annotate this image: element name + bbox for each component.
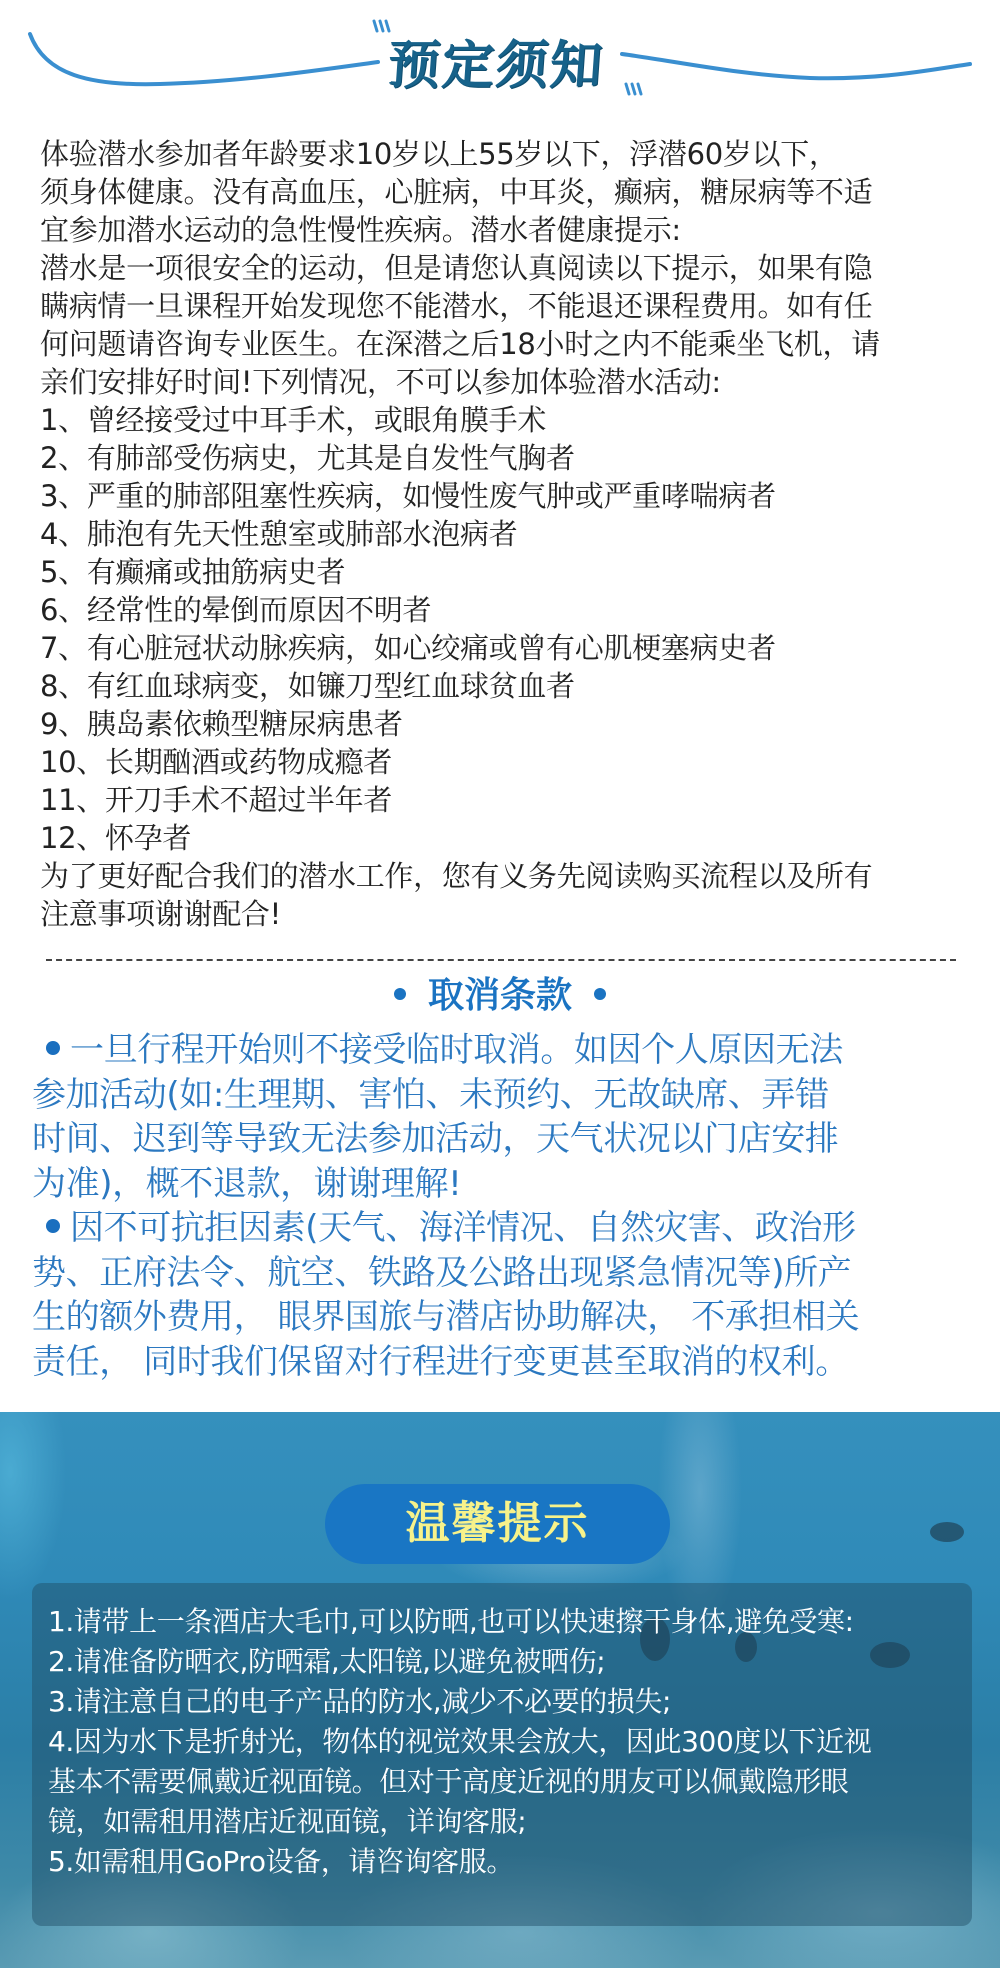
tips-title: 温馨提示 <box>406 1498 590 1549</box>
tip-line: 镜，如需租用潜店近视面镜，详询客服; <box>48 1802 978 1842</box>
bullet-dot-icon <box>394 988 406 1000</box>
cancellation-policy: 一旦行程开始则不接受临时取消。如因个人原因无法 参加活动(如:生理期、害怕、未预… <box>32 1028 982 1384</box>
dashed-divider <box>46 959 956 961</box>
tip-line: 2.请准备防晒衣,防晒霜,太阳镜,以避免被晒伤; <box>48 1642 978 1682</box>
cancellation-heading: 取消条款 <box>0 968 1000 1024</box>
section-header: 预定须知 <box>0 0 1000 110</box>
policy-line: 责任， 同时我们保留对行程进行变更甚至取消的权利。 <box>32 1340 982 1385</box>
condition-item: 4、肺泡有先天性憩室或肺部水泡病者 <box>40 515 970 553</box>
condition-item: 9、胰岛素依赖型糖尿病患者 <box>40 705 970 743</box>
condition-item: 10、长期酗酒或药物成瘾者 <box>40 743 970 781</box>
condition-item: 5、有癫痛或抽筋病史者 <box>40 553 970 591</box>
condition-item: 3、严重的肺部阻塞性疾病，如慢性废气肿或严重哮喘病者 <box>40 477 970 515</box>
policy-line: 一旦行程开始则不接受临时取消。如因个人原因无法 <box>32 1028 982 1073</box>
bullet-dot-icon <box>594 988 606 1000</box>
intro-line: 须身体健康。没有高血压，心脏病，中耳炎，癫病，糖尿病等不适 <box>40 173 970 211</box>
policy-line: 生的额外费用， 眼界国旅与潜店协助解决， 不承担相关 <box>32 1295 982 1340</box>
intro-line: 何问题请咨询专业医生。在深潜之后18小时之内不能乘坐飞机，请 <box>40 325 970 363</box>
fish-icon <box>930 1522 964 1542</box>
policy-line: 因不可抗拒因素(天气、海洋情况、自然灾害、政治形 <box>32 1206 982 1251</box>
intro-line: 体验潜水参加者年龄要求10岁以上55岁以下，浮潜60岁以下， <box>40 135 970 173</box>
cancellation-title: 取消条款 <box>428 975 572 1016</box>
bullet-dot-icon <box>46 1041 60 1055</box>
policy-line: 为准)，概不退款，谢谢理解! <box>32 1162 982 1207</box>
intro-line: 亲们安排好时间!下列情况，不可以参加体验潜水活动: <box>40 363 970 401</box>
tip-line: 3.请注意自己的电子产品的防水,减少不必要的损失; <box>48 1682 978 1722</box>
condition-item: 7、有心脏冠状动脉疾病，如心绞痛或曾有心肌梗塞病史者 <box>40 629 970 667</box>
tip-line: 4.因为水下是折射光，物体的视觉效果会放大，因此300度以下近视 <box>48 1722 978 1762</box>
policy-line: 势、正府法令、航空、铁路及公路出现紧急情况等)所产 <box>32 1251 982 1296</box>
booking-notes: 体验潜水参加者年龄要求10岁以上55岁以下，浮潜60岁以下， 须身体健康。没有高… <box>40 135 970 933</box>
tip-line: 5.如需租用GoPro设备，请咨询客服。 <box>48 1842 978 1882</box>
condition-item: 2、有肺部受伤病史，尤其是自发性气胸者 <box>40 439 970 477</box>
tip-line: 1.请带上一条酒店大毛巾,可以防晒,也可以快速擦干身体,避免受寒: <box>48 1602 978 1642</box>
condition-item: 8、有红血球病变，如镰刀型红血球贫血者 <box>40 667 970 705</box>
condition-item: 6、经常性的晕倒而原因不明者 <box>40 591 970 629</box>
intro-line: 瞒病情一旦课程开始发现您不能潜水，不能退还课程费用。如有任 <box>40 287 970 325</box>
page-title: 预定须知 <box>386 34 620 98</box>
intro-line: 潜水是一项很安全的运动，但是请您认真阅读以下提示，如果有隐 <box>40 249 970 287</box>
tip-line: 基本不需要佩戴近视面镜。但对于高度近视的朋友可以佩戴隐形眼 <box>48 1762 978 1802</box>
policy-line: 时间、迟到等导致无法参加活动，天气状况以门店安排 <box>32 1117 982 1162</box>
tips-list: 1.请带上一条酒店大毛巾,可以防晒,也可以快速擦干身体,避免受寒: 2.请准备防… <box>48 1602 978 1882</box>
policy-line: 参加活动(如:生理期、害怕、未预约、无故缺席、弄错 <box>32 1073 982 1118</box>
tips-title-badge: 温馨提示 <box>325 1484 670 1564</box>
condition-item: 1、曾经接受过中耳手术，或眼角膜手术 <box>40 401 970 439</box>
bullet-dot-icon <box>46 1219 60 1233</box>
closing-line: 为了更好配合我们的潜水工作，您有义务先阅读购买流程以及所有 <box>40 857 970 895</box>
closing-line: 注意事项谢谢配合! <box>40 895 970 933</box>
intro-line: 宜参加潜水运动的急性慢性疾病。潜水者健康提示: <box>40 211 970 249</box>
condition-item: 11、开刀手术不超过半年者 <box>40 781 970 819</box>
condition-item: 12、怀孕者 <box>40 819 970 857</box>
